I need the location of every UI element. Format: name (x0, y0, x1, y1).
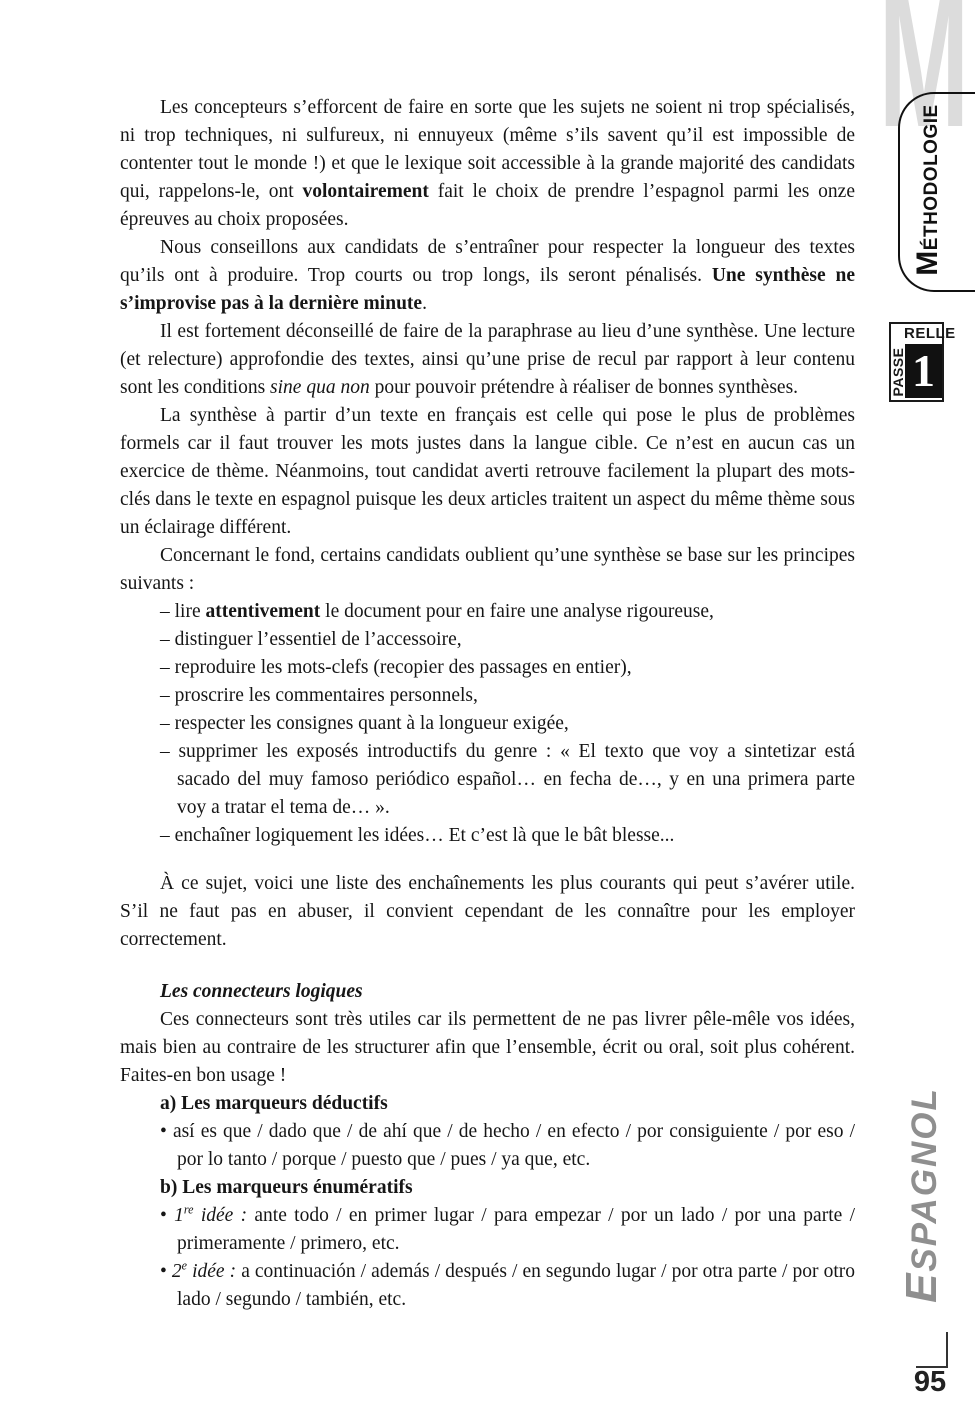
methodologie-initial: M (911, 250, 944, 276)
dash-marker: – (160, 601, 175, 622)
espagnol-rest: spagnol (905, 1087, 944, 1271)
text-segment: a) Les marqueurs déductifs (160, 1093, 388, 1114)
espagnol-subject-label: Espagnol (897, 1075, 947, 1315)
paragraph-principes-intro: Concernant le fond, certains candidats o… (120, 542, 855, 598)
text-column: Les concepteurs s’efforcent de faire en … (120, 94, 855, 1314)
passerelle-1-badge: RELLE PASSE 1 (889, 322, 944, 402)
principle-respecter: – respecter les consignes quant à la lon… (120, 710, 855, 738)
dash-marker: – (160, 825, 175, 846)
book-page: M Méthodologie RELLE PASSE 1 Espagnol 95… (0, 0, 975, 1417)
dash-marker: – (160, 685, 175, 706)
text-segment: proscrire les commentaires personnels, (175, 685, 478, 706)
espagnol-initial: E (897, 1272, 946, 1303)
text-segment: pour pouvoir prétendre à réaliser de bon… (370, 377, 798, 398)
text-segment: re (184, 1203, 194, 1217)
principle-enchainer: – enchaîner logiquement les idées… Et c’… (120, 822, 855, 850)
corner-bracket-rule (916, 1332, 948, 1368)
paragraph-concepteurs: Les concepteurs s’efforcent de faire en … (120, 94, 855, 234)
text-segment: idée : (187, 1261, 241, 1282)
subheading-marqueurs-enumeratifs: b) Les marqueurs énumératifs (120, 1174, 855, 1202)
paragraph-synthese-francais: La synthèse à partir d’un texte en franç… (120, 402, 855, 542)
principle-reproduire: – reproduire les mots-clefs (recopier de… (120, 654, 855, 682)
methodologie-tab-label: Méthodologie (908, 90, 948, 290)
text-segment: reproduire les mots-clefs (recopier des … (175, 657, 632, 678)
text-segment: Concernant le fond, certains candidats o… (120, 545, 855, 594)
text-segment: respecter les consignes quant à la longu… (175, 713, 569, 734)
text-segment: enchaîner logiquement les idées… Et c’es… (175, 825, 675, 846)
marqueurs-deuxieme-idee: • 2e idée : a continuación / además / de… (120, 1258, 855, 1314)
badge-number: 1 (912, 348, 935, 394)
principle-proscrire: – proscrire les commentaires personnels, (120, 682, 855, 710)
page-number: 95 (908, 1366, 952, 1399)
principle-supprimer: – supprimer les exposés introductifs du … (120, 738, 855, 822)
text-segment: À ce sujet, voici une liste des enchaîne… (120, 873, 855, 950)
heading-connecteurs-logiques: Les connecteurs logiques (120, 978, 855, 1006)
text-segment: 2 (172, 1261, 182, 1282)
paragraph-conseil-longueur: Nous conseillons aux candidats de s’entr… (120, 234, 855, 318)
bullet-marker: • (160, 1121, 173, 1142)
text-segment: 1 (174, 1205, 184, 1226)
text-segment: supprimer les exposés introductifs du ge… (177, 741, 855, 818)
text-segment: sine qua non (270, 377, 370, 398)
text-segment: ante todo / en primer lugar / para empez… (177, 1205, 855, 1254)
vertical-gap (120, 850, 855, 870)
principle-lire: – lire attentivement le document pour en… (120, 598, 855, 626)
marqueurs-premiere-idee: • 1re idée : ante todo / en primer lugar… (120, 1202, 855, 1258)
dash-marker: – (160, 629, 175, 650)
text-segment: volontairement (303, 181, 429, 202)
subheading-marqueurs-deductifs: a) Les marqueurs déductifs (120, 1090, 855, 1118)
paragraph-paraphrase: Il est fortement déconseillé de faire de… (120, 318, 855, 402)
paragraph-connecteurs-utiles: Ces connecteurs sont très utiles car ils… (120, 1006, 855, 1090)
bullet-marker: • (160, 1205, 174, 1226)
paragraph-a-ce-sujet: À ce sujet, voici une liste des enchaîne… (120, 870, 855, 954)
text-segment: Ces connecteurs sont très utiles car ils… (120, 1009, 855, 1086)
badge-text-passe: PASSE (891, 344, 905, 400)
vertical-gap (120, 954, 855, 978)
text-segment: distinguer l’essentiel de l’accessoire, (175, 629, 462, 650)
marqueurs-deductifs-list: • así es que / dado que / de ahí que / d… (120, 1118, 855, 1174)
text-segment: le document pour en faire une analyse ri… (320, 601, 714, 622)
dash-marker: – (160, 713, 175, 734)
text-segment: a continuación / además / después / en s… (177, 1261, 855, 1310)
badge-text-relle: RELLE (904, 325, 942, 342)
badge-number-box: 1 (905, 344, 942, 398)
text-segment: lire (175, 601, 206, 622)
dash-marker: – (160, 657, 175, 678)
methodologie-rest: éthodologie (921, 104, 942, 250)
dash-marker: – (160, 741, 178, 762)
bullet-marker: • (160, 1261, 172, 1282)
text-segment: idée : (194, 1205, 255, 1226)
text-segment: La synthèse à partir d’un texte en franç… (120, 405, 855, 538)
text-segment: Les connecteurs logiques (160, 981, 363, 1002)
text-segment: b) Les marqueurs énumératifs (160, 1177, 413, 1198)
principle-distinguer: – distinguer l’essentiel de l’accessoire… (120, 626, 855, 654)
text-segment: así es que / dado que / de ahí que / de … (173, 1121, 855, 1170)
text-segment: . (422, 293, 427, 314)
text-segment: attentivement (205, 601, 320, 622)
